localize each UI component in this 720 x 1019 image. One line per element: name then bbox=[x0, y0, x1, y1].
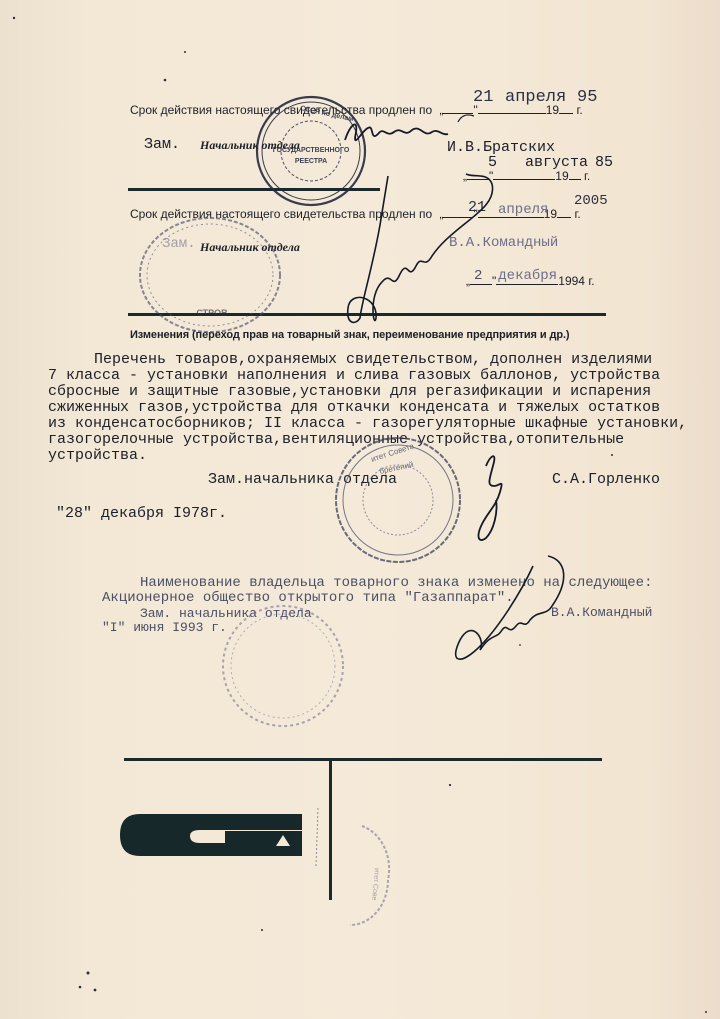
signature-4-icon bbox=[456, 556, 564, 659]
extension-2-position: Начальник отдела bbox=[200, 240, 300, 255]
amendment-1-line: газогорелочные устройства,вентиляционные… bbox=[48, 432, 718, 448]
extension-2-year-unit: г. bbox=[574, 207, 580, 221]
amendment-1-line: сжиженных газов,устройства для откачки к… bbox=[48, 400, 718, 416]
signed-day-blank-1 bbox=[467, 179, 489, 180]
extension-2-signed-date: „2"декабря1994 г. bbox=[466, 274, 595, 288]
extension-2-day-blank bbox=[443, 217, 473, 218]
bottom-horizontal-rule bbox=[124, 758, 602, 761]
amendment-1-text: Перечень товаров,охраняемых свидетельств… bbox=[48, 352, 718, 464]
extension-1-signed-date-blanks: „"19 г. bbox=[463, 169, 590, 183]
extension-1-month: апреля bbox=[505, 88, 566, 107]
amendment-1-line: сбросные и защитные газовые,установки дл… bbox=[48, 384, 718, 400]
signature-1-icon bbox=[345, 124, 448, 140]
amendment-1-position: Зам.начальника отдела bbox=[208, 472, 397, 488]
amendment-2-signer: В.А.Командный bbox=[551, 605, 652, 620]
extension-2-signed-year-unit: г. bbox=[588, 274, 594, 288]
extension-1-signed-year-unit: г. bbox=[584, 169, 590, 183]
extension-1-position-prefix: Зам. bbox=[144, 137, 180, 153]
extension-2-signed-year: 1994 bbox=[558, 274, 585, 288]
signed-day-blank-2: 2 bbox=[470, 284, 492, 285]
extension-2-month: апреля bbox=[498, 202, 548, 218]
extension-2-year-suffix: 2005 bbox=[574, 193, 608, 209]
extension-2-signer: В.А.Командный bbox=[449, 235, 558, 251]
extension-1-position: Начальник отдела bbox=[200, 138, 300, 153]
svg-text:итет Сове: итет Сове bbox=[370, 868, 380, 901]
extension-1-signed-year-suffix: 85 bbox=[595, 155, 613, 171]
amendment-1-signer: С.А.Горленко bbox=[552, 472, 660, 488]
extension-2-year-blank bbox=[557, 217, 571, 218]
extension-1-year-blank bbox=[559, 113, 573, 114]
divider-rule-2 bbox=[128, 313, 606, 316]
extension-1-month-blank bbox=[478, 113, 546, 114]
bottom-vertical-rule bbox=[329, 760, 332, 900]
amendment-2-line-2: Акционерное общество открытого типа "Газ… bbox=[102, 591, 514, 606]
extension-1-day-blank bbox=[443, 113, 473, 114]
amendment-1-line: 7 класса - установки наполнения и слива … bbox=[48, 368, 718, 384]
svg-text:РЕЕСТРА: РЕЕСТРА bbox=[295, 158, 327, 165]
amendment-1-date: "28" декабря I978г. bbox=[56, 506, 227, 522]
amendment-2-line-1: Наименование владельца товарного знака и… bbox=[140, 576, 652, 591]
faded-lower-stamp-icon bbox=[223, 606, 343, 726]
signed-year-blank-1 bbox=[569, 179, 581, 180]
amendment-1-line: из конденсатосборников; II класса - газо… bbox=[48, 416, 718, 432]
amendment-2-position: Зам. начальника отдела bbox=[140, 606, 312, 621]
signed-month-blank-2: декабря bbox=[496, 284, 558, 285]
amendment-2-date: "I" июня I993 г. bbox=[102, 620, 227, 635]
extension-1-signed-year-prefix: 19 bbox=[555, 169, 568, 183]
signed-month-blank-1 bbox=[493, 179, 555, 180]
divider-rule-1 bbox=[128, 188, 380, 191]
extension-2-signed-day: 2 bbox=[474, 269, 482, 284]
faded-bottom-stamp-icon: итет Сове bbox=[350, 826, 389, 925]
signature-3-icon bbox=[479, 456, 502, 540]
extension-2-signed-month: декабря bbox=[498, 268, 557, 284]
changes-heading: Изменения (переход прав на товарный знак… bbox=[130, 329, 569, 341]
extension-2-label-text: Срок действия настоящего свидетельства п… bbox=[130, 207, 432, 221]
extension-1-day: 21 bbox=[473, 88, 493, 107]
amendment-1-line: устройства. bbox=[48, 448, 718, 464]
amendment-1-line: Перечень товаров,охраняемых свидетельств… bbox=[48, 352, 718, 368]
extension-1-label-text: Срок действия настоящего свидетельства п… bbox=[130, 103, 432, 117]
extension-1-year-suffix: 95 bbox=[577, 88, 597, 107]
extension-2-position-prefix: Зам. bbox=[162, 236, 196, 252]
extension-2-day: 21 bbox=[468, 199, 486, 216]
